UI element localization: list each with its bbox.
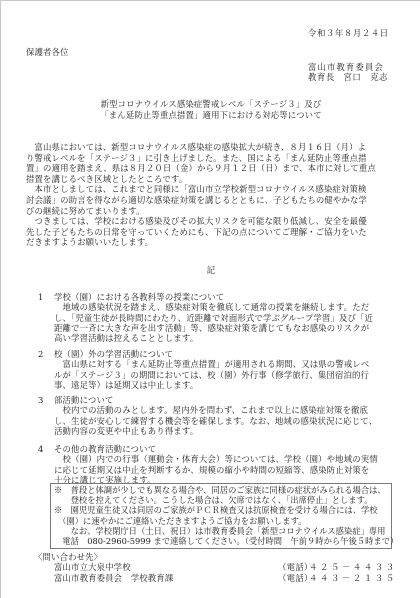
document-title: 新型コロナウイルス感染症警戒レベル「ステージ３」及び 「まん延防止等重点措置」適…	[1, 99, 420, 120]
intro-line: 富山県においては、新型コロナウイルス感染症の感染拡大が続き、８月１６日（月）よ	[26, 142, 376, 153]
notes-box: ※ 普段と体調が少しでも異なる場合や、同居のご家族に同様の症状がみられる場合は、…	[50, 483, 392, 549]
note-line: 電話 080-2960-5999 まで連絡してください。（受付時間 午前９時から…	[54, 536, 391, 546]
sender-block: 富山市教育委員会 教育長 宮口 克志	[308, 62, 388, 82]
contact-org: 富山市教育委員会 学校教育課	[54, 573, 173, 583]
contact-block: 〈問い合わせ先〉 富山市立大泉中学校 （電話） ４２５－４４３３ 富山市教育委員…	[34, 552, 414, 583]
section-2: 2 校（園）外の学習活動について 富山県に対する「まん延防止等重点措置」が適用さ…	[38, 349, 369, 390]
intro-line: 本市としましては、これまでと同様に「富山市立学校新型コロナウイルス感染症対策検	[26, 184, 376, 195]
ki-heading: 記	[1, 265, 420, 275]
section-line: し、「児童生徒が長時間にわたり、近距離で対面形式で学ぶグループ学習」及び「近	[54, 313, 373, 323]
intro-line: だきますようお願いいたします。	[26, 237, 376, 248]
addressee: 保護者各位	[26, 47, 69, 57]
note-line: 登校を控えてください。こうした場合は、欠席ではなく、「出席停止」とします。	[54, 495, 391, 505]
note-line: ※ 普段と体調が少しでも異なる場合や、同居のご家族に同様の症状がみられる場合は、	[54, 485, 391, 495]
note-line: ※ 園児児童生徒又は同居のご家族がＰＣＲ検査又は抗原検査を受ける場合には、学校	[54, 505, 391, 515]
section-number: 1	[38, 292, 43, 302]
section-heading: 校（園）外の学習活動について	[54, 349, 369, 359]
section-number: 2	[38, 349, 43, 359]
section-heading: その他の教育活動について	[54, 444, 378, 454]
note-line: （園）に速やかにご連絡いただきますようご協力をお願いします。	[54, 516, 391, 526]
title-line-1: 新型コロナウイルス感染症警戒レベル「ステージ３」及び	[1, 99, 420, 110]
intro-line: つきましては、学校における感染及びその拡大リスクを可能な限り低減し、安全を最優	[26, 216, 376, 227]
section-4: 4 その他の教育活動について 校（園）内での行事（運動会・体育大会）等については…	[38, 444, 378, 485]
section-line: し、生徒が安心して練習する機会等を確保します。なお、地域の感染状況に応じて、	[54, 416, 377, 426]
contact-label: 〈問い合わせ先〉	[34, 552, 414, 562]
title-line-2: 「まん延防止等重点措置」適用下における対応等について	[1, 110, 420, 121]
section-number: 3	[38, 395, 43, 405]
section-line: 事、遠足等）は延期又は中止します。	[54, 380, 369, 390]
section-heading: 部活動について	[54, 395, 377, 405]
section-line: 富山県に対する「まん延防止等重点措置」が適用される期間、又は県の警戒レベ	[54, 359, 369, 369]
contact-tel-label: （電話）	[278, 573, 313, 583]
contact-row: 富山市教育委員会 学校教育課 （電話） ４４３－２１３５	[34, 573, 414, 583]
section-line: 高い学習活動は控えることとします。	[54, 333, 373, 343]
intro-line: 措置を講じるべき区域としたところです。	[26, 174, 376, 185]
contact-row: 富山市立大泉中学校 （電話） ４２５－４４３３	[34, 562, 414, 572]
intro-line: 先した子どもたちの日常を守っていくためにも、下記の点についてご理解・ご協力をいた	[26, 227, 376, 238]
sender-name: 教育長 宮口 克志	[308, 72, 388, 82]
section-heading: 学校（園）における各教科等の授業について	[54, 292, 373, 302]
section-3: 3 部活動について 校内での活動のみとします。屋内外を問わず、これまで以上に感染…	[38, 395, 377, 436]
section-line: 距離で一斉に大きな声を出す活動」等、感染症対策を講じてもなお感染のリスクが	[54, 323, 373, 333]
section-line: 校（園）内での行事（運動会・体育大会）等については、学校（園）や地域の実情	[54, 454, 378, 464]
contact-tel-label: （電話）	[278, 562, 313, 572]
section-line: 地域の感染状況を踏まえ、感染症対策を徹底して通常の授業を継続します。ただ	[54, 302, 373, 312]
document-page: 令和３年８月２４日 保護者各位 富山市教育委員会 教育長 宮口 克志 新型コロナ…	[0, 0, 420, 598]
intro-line: 置」の適用を踏まえ、県は８月２０日（金）から９月１２日（日）まで、本市に対して重…	[26, 163, 376, 174]
contact-phone-number: ４２５－４４３３	[309, 562, 397, 572]
intro-line: 討会議」の助言を得ながら適切な感染症対策を講じるとともに、子どもたちの健やかな学	[26, 195, 376, 206]
intro-line: びの継続に努めてまいります。	[26, 206, 376, 217]
contact-org: 富山市立大泉中学校	[54, 562, 131, 572]
section-line: ルが「ステージ３」の期間においては、校（園）外行事（修学旅行、集団宿泊的行	[54, 370, 369, 380]
contact-phone-number: ４４３－２１３５	[309, 573, 397, 583]
intro-line: り警戒レベルを「ステージ３」に引き上げました。また、国による「まん延防止等重点措	[26, 153, 376, 164]
section-line: に応じて延期又は中止を判断するか、規模の縮小や時間の短縮等、感染防止対策を	[54, 465, 378, 475]
section-line: 活動内容の変更や中止もあり得ます。	[54, 426, 377, 436]
intro-paragraph: 富山県においては、新型コロナウイルス感染症の感染拡大が続き、８月１６日（月）よ …	[26, 142, 376, 248]
section-1: 1 学校（園）における各教科等の授業について 地域の感染状況を踏まえ、感染症対策…	[38, 292, 373, 343]
sender-org: 富山市教育委員会	[308, 62, 388, 72]
section-number: 4	[38, 444, 43, 454]
section-line: 校内での活動のみとします。屋内外を問わず、これまで以上に感染症対策を徹底	[54, 405, 377, 415]
document-date: 令和３年８月２４日	[308, 28, 389, 38]
note-line: なお、学校閉庁日（土日、祝日）は市教育委員会「新型コロナウイルス感染症」専用	[54, 526, 391, 536]
